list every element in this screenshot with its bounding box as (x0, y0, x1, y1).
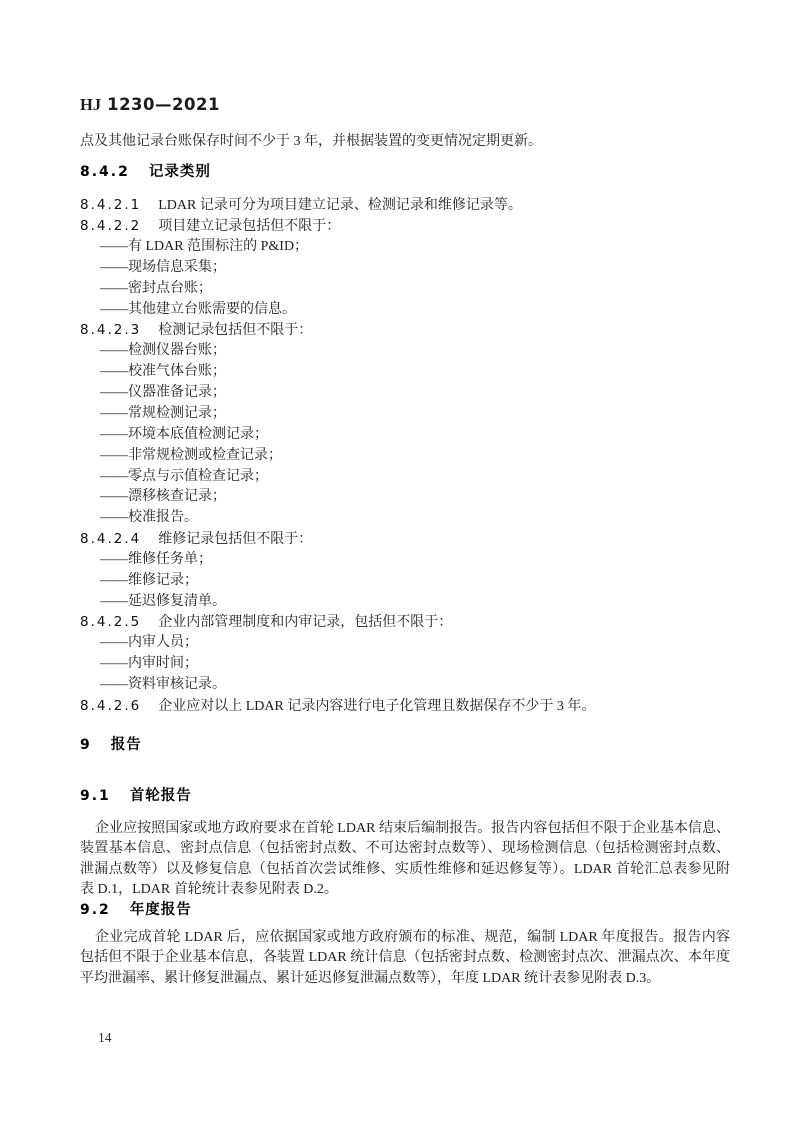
clause-8-4-2-1: 8.4.2.1LDAR 记录可分为项目建立记录、检测记录和维修记录等。 (80, 195, 522, 216)
standard-code-header: HJ1230—2021 (80, 94, 220, 117)
paragraph-annual-report: 企业完成首轮 LDAR 后，应依据国家或地方政府颁布的标准、规范，编制 LDAR… (80, 928, 730, 989)
clause-number: 8.4.2.4 (80, 531, 141, 547)
dash-list-item: ——其他建立台账需要的信息。 (100, 300, 296, 320)
clause-number: 8.4.2.5 (80, 614, 141, 630)
dash-list-item: ——维修记录； (100, 571, 198, 591)
dash-list-item: ——有 LDAR 范围标注的 P&ID； (100, 237, 308, 257)
heading-title: 记录类别 (149, 164, 211, 180)
dash-list-item: ——环境本底值检测记录； (100, 425, 268, 445)
dash-list-item: ——延迟修复清单。 (100, 592, 226, 612)
clause-8-4-2-5: 8.4.2.5企业内部管理制度和内审记录，包括但不限于： (80, 612, 452, 633)
heading-title: 年度报告 (130, 902, 192, 918)
dash-list-item: ——资料审核记录。 (100, 675, 226, 695)
dash-list-item: ——检测仪器台账； (100, 341, 226, 361)
dash-list-item: ——内审时间； (100, 654, 198, 674)
clause-number: 8.4.2.2 (80, 218, 141, 234)
dash-list-item: ——校准报告。 (100, 508, 198, 528)
standard-code-number: 1230—2021 (107, 95, 220, 114)
section-heading-9-2: 9.2年度报告 (80, 900, 192, 920)
clause-text: 企业内部管理制度和内审记录，包括但不限于： (158, 615, 452, 630)
clause-text: 检测记录包括但不限于： (158, 323, 312, 338)
dash-list-item: ——仪器准备记录； (100, 383, 226, 403)
dash-list-item: ——零点与示值检查记录； (100, 467, 268, 487)
heading-number: 9.1 (80, 788, 111, 804)
heading-title: 报告 (111, 737, 142, 753)
heading-number: 9.2 (80, 902, 111, 918)
clause-8-4-2-2: 8.4.2.2项目建立记录包括但不限于： (80, 216, 340, 237)
clause-number: 8.4.2.6 (80, 698, 141, 714)
page-number: 14 (98, 1029, 112, 1047)
clause-text: 企业应对以上 LDAR 记录内容进行电子化管理且数据保存不少于 3 年。 (158, 699, 595, 714)
heading-title: 首轮报告 (130, 788, 192, 804)
paragraph-first-round-report: 企业应按照国家或地方政府要求在首轮 LDAR 结束后编制报告。报告内容包括但不限… (80, 819, 730, 900)
clause-text: 项目建立记录包括但不限于： (158, 219, 340, 234)
clause-number: 8.4.2.3 (80, 322, 141, 338)
paragraph-continuation: 点及其他记录台账保存时间不少于 3 年，并根据装置的变更情况定期更新。 (80, 132, 542, 152)
dash-list-item: ——内审人员； (100, 633, 198, 653)
clause-8-4-2-3: 8.4.2.3检测记录包括但不限于： (80, 320, 312, 341)
document-page: HJ1230—2021 点及其他记录台账保存时间不少于 3 年，并根据装置的变更… (0, 0, 794, 1123)
dash-list-item: ——维修任务单； (100, 550, 212, 570)
clause-text: 维修记录包括但不限于： (158, 532, 312, 547)
dash-list-item: ——现场信息采集； (100, 258, 226, 278)
section-heading-9: 9报告 (80, 735, 142, 755)
clause-8-4-2-6: 8.4.2.6企业应对以上 LDAR 记录内容进行电子化管理且数据保存不少于 3… (80, 696, 595, 717)
section-heading-8-4-2: 8.4.2记录类别 (80, 162, 211, 182)
heading-number: 8.4.2 (80, 164, 130, 180)
dash-list-item: ——常规检测记录； (100, 404, 226, 424)
heading-number: 9 (80, 737, 92, 753)
dash-list-item: ——漂移核查记录； (100, 487, 226, 507)
clause-text: LDAR 记录可分为项目建立记录、检测记录和维修记录等。 (158, 198, 522, 213)
dash-list-item: ——密封点台账； (100, 279, 212, 299)
standard-code-prefix: HJ (80, 95, 101, 114)
section-heading-9-1: 9.1首轮报告 (80, 786, 192, 806)
dash-list-item: ——校准气体台账； (100, 362, 226, 382)
clause-8-4-2-4: 8.4.2.4维修记录包括但不限于： (80, 529, 312, 550)
dash-list-item: ——非常规检测或检查记录； (100, 446, 282, 466)
clause-number: 8.4.2.1 (80, 197, 141, 213)
